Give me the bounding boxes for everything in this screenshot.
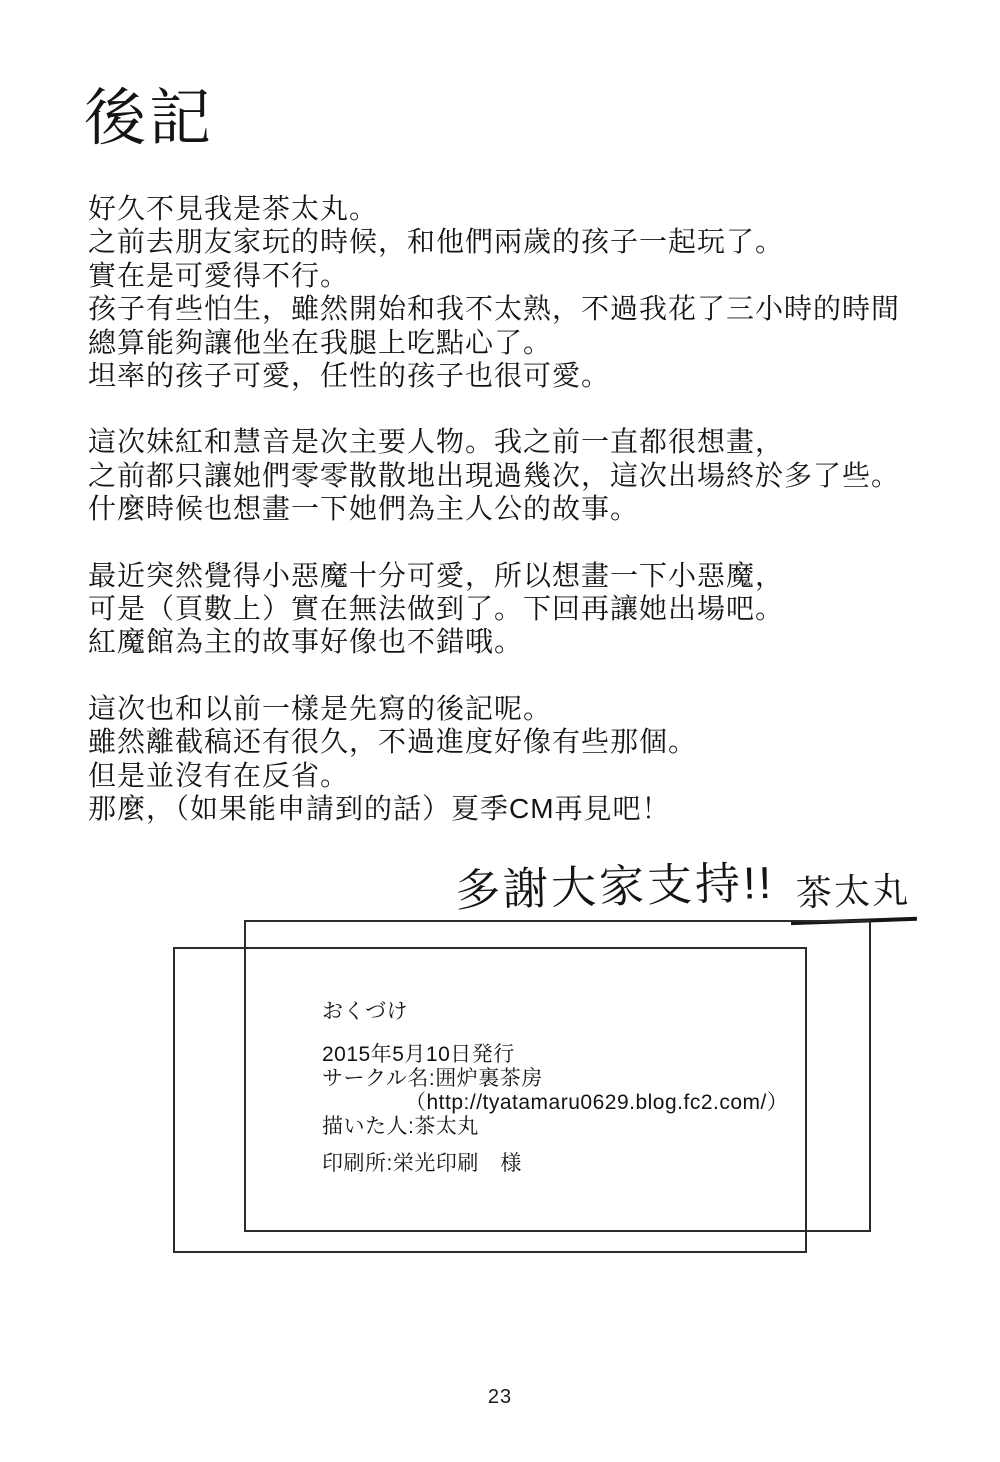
afterword-page: 後記 好久不見我是茶太丸。 之前去朋友家玩的時候，和他們兩歲的孩子一起玩了。 實… — [0, 0, 1000, 1462]
text-line: 總算能夠讓他坐在我腿上吃點心了。 — [88, 326, 968, 359]
afterword-body: 好久不見我是茶太丸。 之前去朋友家玩的時候，和他們兩歲的孩子一起玩了。 實在是可… — [88, 192, 968, 826]
paragraph-greeting: 好久不見我是茶太丸。 之前去朋友家玩的時候，和他們兩歲的孩子一起玩了。 實在是可… — [88, 192, 968, 392]
colophon: おくづけ 2015年5月10日発行 サークル名:囲炉裏茶房 （http://ty… — [322, 1000, 788, 1176]
text-line: 最近突然覺得小惡魔十分可愛，所以想畫一下小惡魔， — [88, 559, 968, 592]
text-line: 什麼時候也想畫一下她們為主人公的故事。 — [88, 492, 968, 525]
text-line: 可是（頁數上）實在無法做到了。下回再讓她出場吧。 — [88, 592, 968, 625]
handwritten-thanks: 多謝大家支持!! — [454, 846, 775, 919]
paragraph-koakuma: 最近突然覺得小惡魔十分可愛，所以想畫一下小惡魔， 可是（頁數上）實在無法做到了。… — [88, 559, 968, 659]
paragraph-closing: 這次也和以前一樣是先寫的後記呢。 雖然離截稿还有很久，不過進度好像有些那個。 但… — [88, 692, 968, 826]
colophon-url: （http://tyatamaru0629.blog.fc2.com/） — [322, 1091, 788, 1115]
text-line: 那麼，（如果能申請到的話）夏季CM再見吧！ — [88, 792, 968, 825]
paragraph-characters: 這次妹紅和慧音是次主要人物。我之前一直都很想畫， 之前都只讓她們零零散散地出現過… — [88, 425, 968, 525]
handwritten-note: 多謝大家支持!! 茶太丸 — [455, 850, 925, 915]
colophon-heading: おくづけ — [322, 1000, 788, 1024]
page-title: 後記 — [84, 88, 214, 150]
colophon-circle: サークル名:囲炉裏茶房 — [322, 1067, 788, 1091]
text-line: 坦率的孩子可愛，任性的孩子也很可愛。 — [88, 359, 968, 392]
colophon-artist: 描いた人:茶太丸 — [322, 1115, 788, 1139]
text-line: 之前去朋友家玩的時候，和他們兩歲的孩子一起玩了。 — [88, 225, 968, 258]
page-number: 23 — [0, 1386, 1000, 1409]
text-line: 實在是可愛得不行。 — [88, 259, 968, 292]
colophon-printer: 印刷所:栄光印刷 様 — [322, 1152, 788, 1176]
text-line: 雖然離截稿还有很久，不過進度好像有些那個。 — [88, 725, 968, 758]
text-line: 紅魔館為主的故事好像也不錯哦。 — [88, 625, 968, 658]
text-line: 孩子有些怕生，雖然開始和我不太熟，不過我花了三小時的時間 — [88, 292, 968, 325]
text-line: 好久不見我是茶太丸。 — [88, 192, 968, 225]
text-line: 這次也和以前一樣是先寫的後記呢。 — [88, 692, 968, 725]
text-line: 之前都只讓她們零零散散地出現過幾次，這次出場終於多了些。 — [88, 459, 968, 492]
artist-signature: 茶太丸 — [789, 862, 917, 925]
text-line: 這次妹紅和慧音是次主要人物。我之前一直都很想畫， — [88, 425, 968, 458]
text-line: 但是並沒有在反省。 — [88, 759, 968, 792]
colophon-date: 2015年5月10日発行 — [322, 1043, 788, 1067]
